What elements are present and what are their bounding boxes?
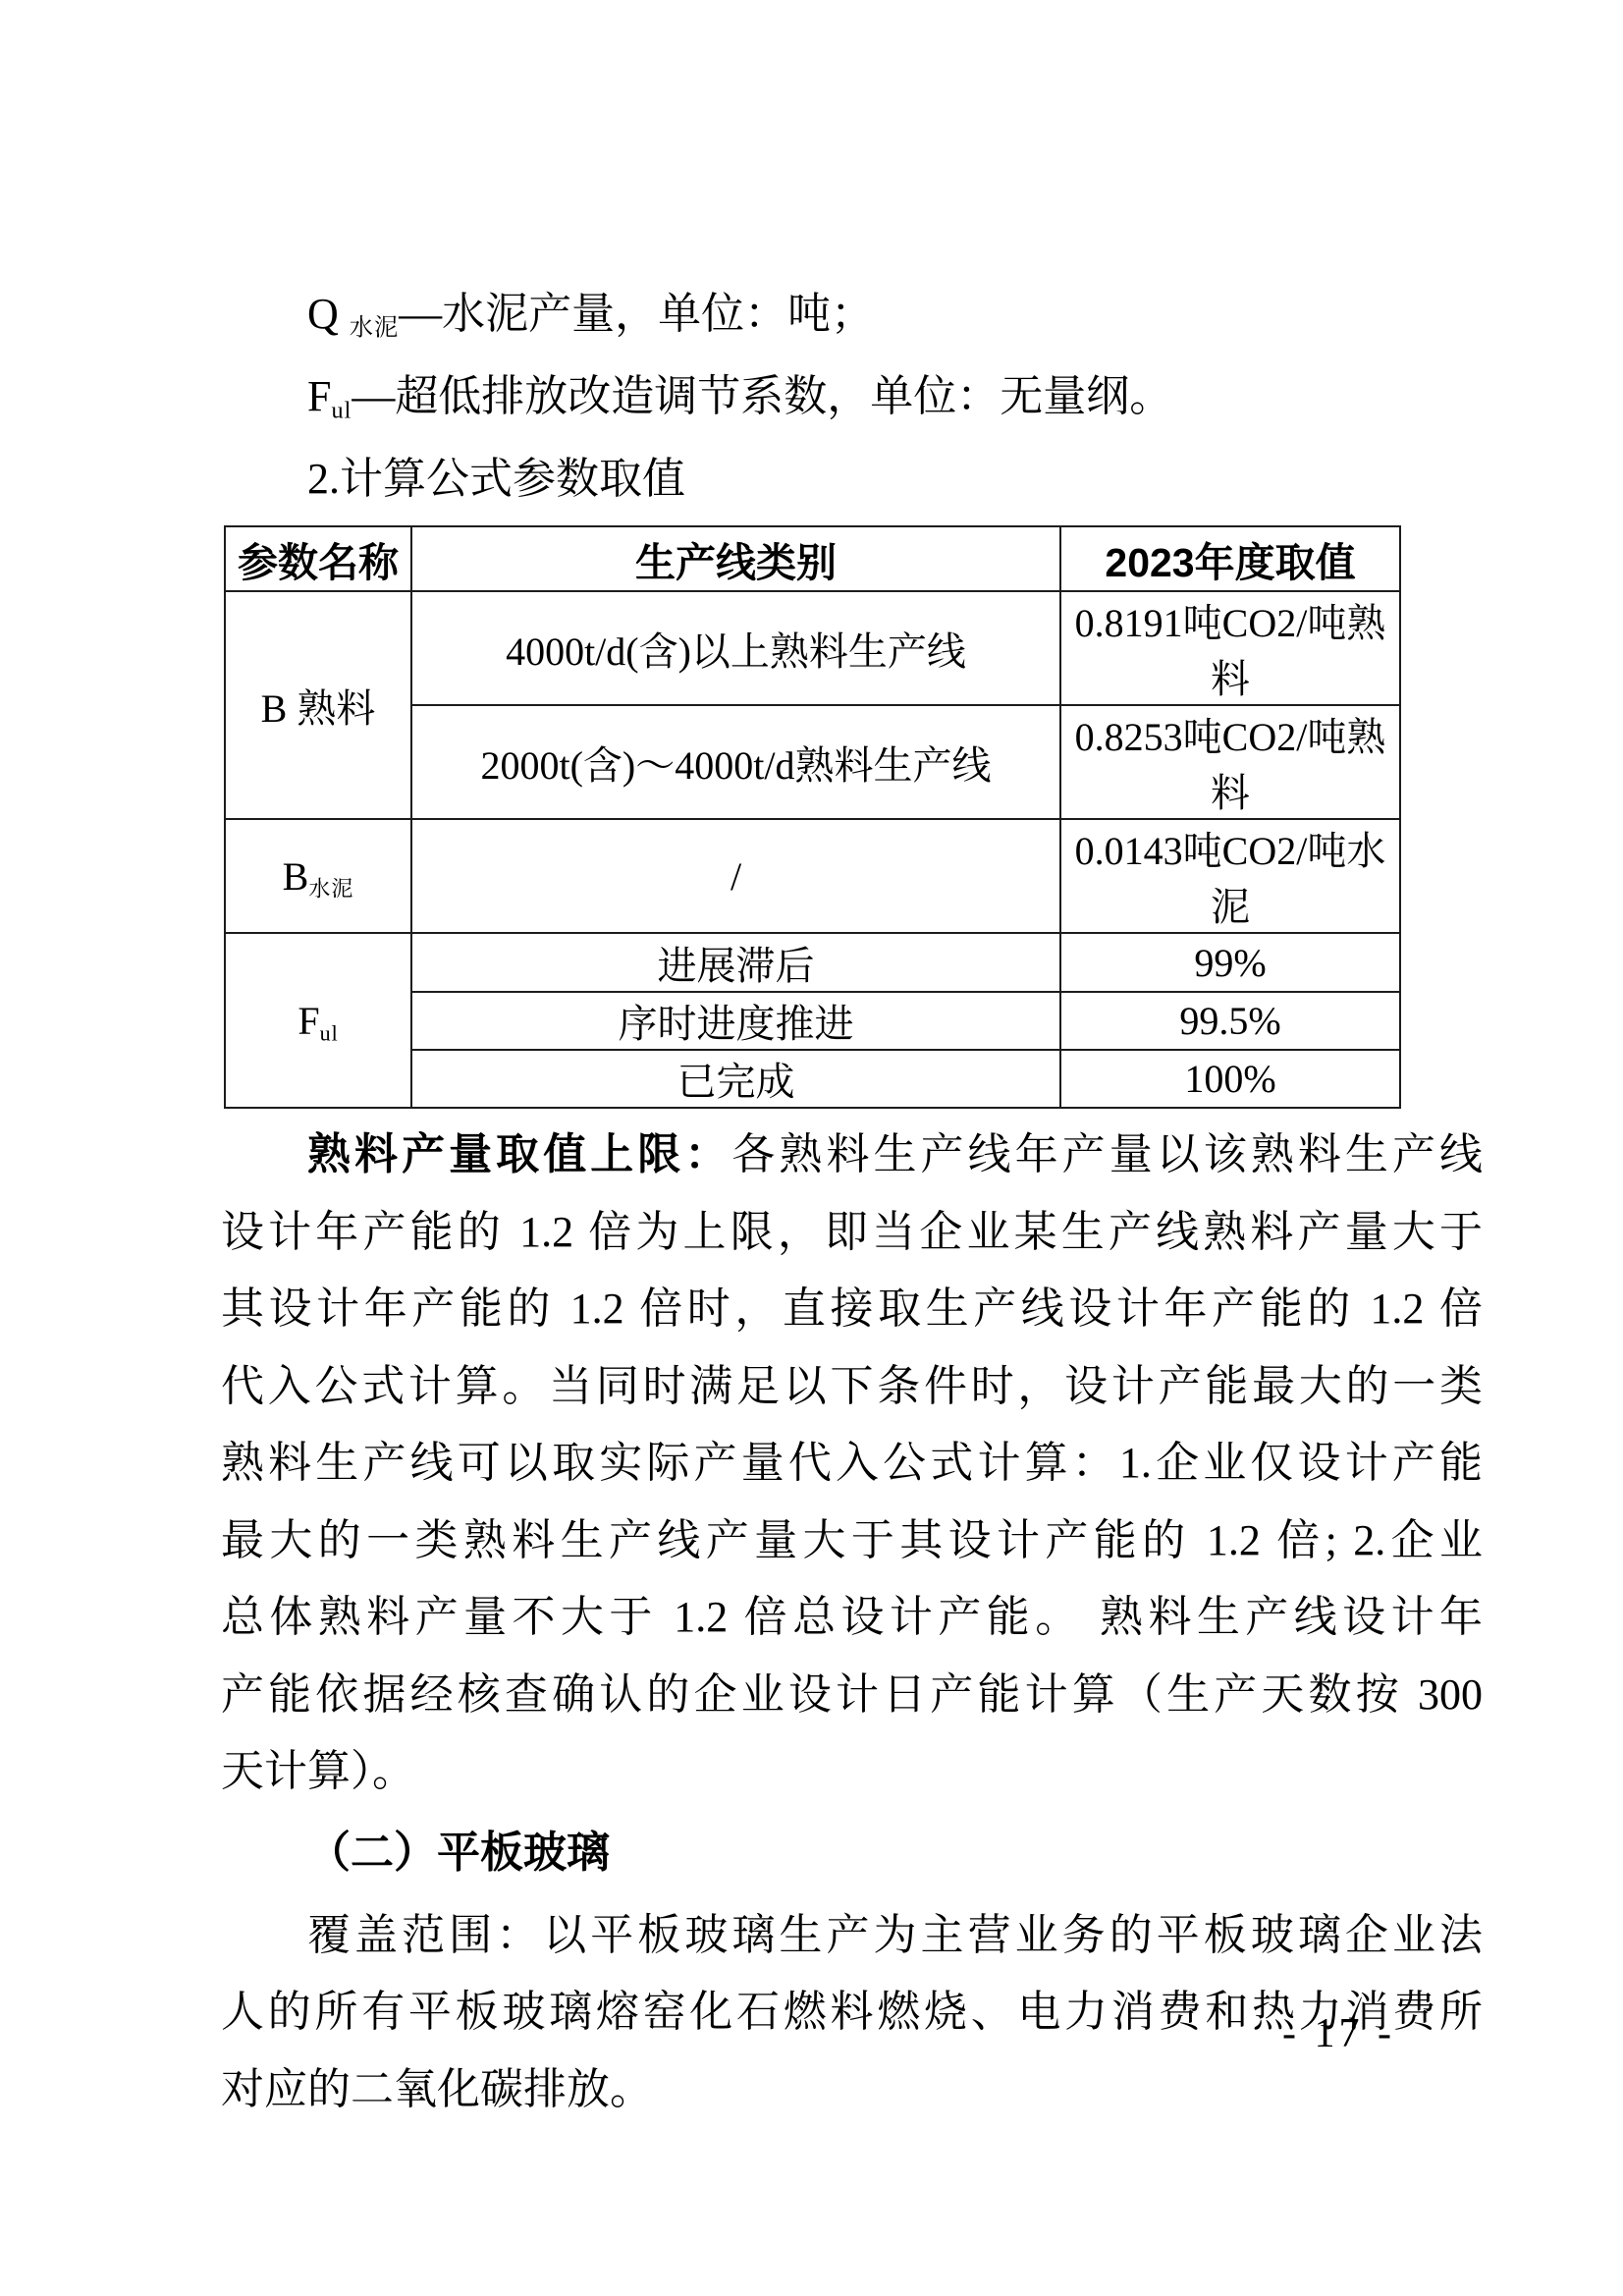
symbol-subscript: 水泥: [308, 876, 353, 901]
paragraph-clinker-limit: 熟料产量取值上限：各熟料生产线年产量以该熟料生产线 设计年产能的 1.2 倍为上…: [221, 1117, 1483, 1811]
symbol-base: F: [298, 999, 319, 1043]
paragraph-line: 天计算）。: [221, 1733, 1483, 1811]
cell-value: 0.8253吨CO2/吨熟料: [1060, 705, 1400, 819]
cell-category: 已完成: [411, 1050, 1060, 1108]
parameter-table: 参数名称 生产线类别 2023年度取值 B 熟料 4000t/d(含)以上熟料生…: [224, 525, 1401, 1109]
symbol-base: F: [307, 372, 331, 420]
table-row: B 熟料 4000t/d(含)以上熟料生产线 0.8191吨CO2/吨熟料: [225, 591, 1400, 705]
paragraph-line: 设计年产能的 1.2 倍为上限，即当企业某生产线熟料产量大于: [221, 1194, 1483, 1272]
paragraph-line: 代入公式计算。当同时满足以下条件时，设计产能最大的一类: [221, 1348, 1483, 1426]
paragraph-line: 其设计年产能的 1.2 倍时，直接取生产线设计年产能的 1.2 倍: [221, 1271, 1483, 1348]
page-number: - 17 -: [1282, 2009, 1395, 2058]
param-f-ul: Ful: [225, 933, 411, 1108]
cell-category: /: [411, 819, 1060, 933]
definition-text: —水泥产量，单位：吨；: [399, 290, 874, 338]
cell-value: 99%: [1060, 933, 1400, 992]
paragraph-line: 总体熟料产量不大于 1.2 倍总设计产能。 熟料生产线设计年: [221, 1579, 1483, 1657]
cell-category: 进展滞后: [411, 933, 1060, 992]
symbol-subscript: ul: [331, 397, 352, 423]
symbol-subscript: 水泥: [350, 314, 399, 341]
param-b-clinker: B 熟料: [225, 591, 411, 819]
symbol-subscript: ul: [320, 1020, 339, 1045]
definition-q-cement: Q 水泥—水泥产量，单位：吨；: [221, 273, 1483, 355]
definition-f-ul: Ful—超低排放改造调节系数，单位：无量纲。: [221, 355, 1483, 438]
paragraph-line: 覆盖范围：以平板玻璃生产为主营业务的平板玻璃企业法: [221, 1897, 1483, 1975]
header-parameter-name: 参数名称: [225, 526, 411, 591]
subsection-title: 2.计算公式参数取值: [221, 438, 1483, 520]
top-margin: [221, 0, 1483, 273]
paragraph-line: 产能依据经核查确认的企业设计日产能计算（生产天数按 300: [221, 1657, 1483, 1734]
paragraph-text: 各熟料生产线年产量以该熟料生产线: [731, 1130, 1483, 1178]
cell-value: 100%: [1060, 1050, 1400, 1108]
section-heading-flat-glass: （二）平板玻璃: [221, 1815, 1483, 1891]
cell-category: 2000t(含)～4000t/d熟料生产线: [411, 705, 1060, 819]
cell-category: 序时进度推进: [411, 992, 1060, 1050]
symbol-base: B: [283, 854, 309, 899]
cell-value: 0.8191吨CO2/吨熟料: [1060, 591, 1400, 705]
table-header-row: 参数名称 生产线类别 2023年度取值: [225, 526, 1400, 591]
paragraph-line: 熟料产量取值上限：各熟料生产线年产量以该熟料生产线: [221, 1117, 1483, 1194]
param-b-cement: B水泥: [225, 819, 411, 933]
cell-category: 4000t/d(含)以上熟料生产线: [411, 591, 1060, 705]
table-row: B水泥 / 0.0143吨CO2/吨水泥: [225, 819, 1400, 933]
paragraph-lead: 熟料产量取值上限：: [307, 1130, 731, 1178]
cell-value: 99.5%: [1060, 992, 1400, 1050]
paragraph-line: 对应的二氧化碳排放。: [221, 2051, 1483, 2129]
table-row: Ful 进展滞后 99%: [225, 933, 1400, 992]
header-production-line-type: 生产线类别: [411, 526, 1060, 591]
header-2023-value: 2023年度取值: [1060, 526, 1400, 591]
cell-value: 0.0143吨CO2/吨水泥: [1060, 819, 1400, 933]
document-page: Q 水泥—水泥产量，单位：吨； Ful—超低排放改造调节系数，单位：无量纲。 2…: [0, 0, 1623, 2296]
definition-text: —超低排放改造调节系数，单位：无量纲。: [352, 372, 1172, 420]
symbol-base: Q: [307, 290, 350, 338]
paragraph-line: 熟料生产线可以取实际产量代入公式计算：1.企业仅设计产能: [221, 1425, 1483, 1503]
document-content: Q 水泥—水泥产量，单位：吨； Ful—超低排放改造调节系数，单位：无量纲。 2…: [221, 0, 1483, 2128]
paragraph-line: 最大的一类熟料生产线产量大于其设计产能的 1.2 倍; 2.企业: [221, 1503, 1483, 1580]
